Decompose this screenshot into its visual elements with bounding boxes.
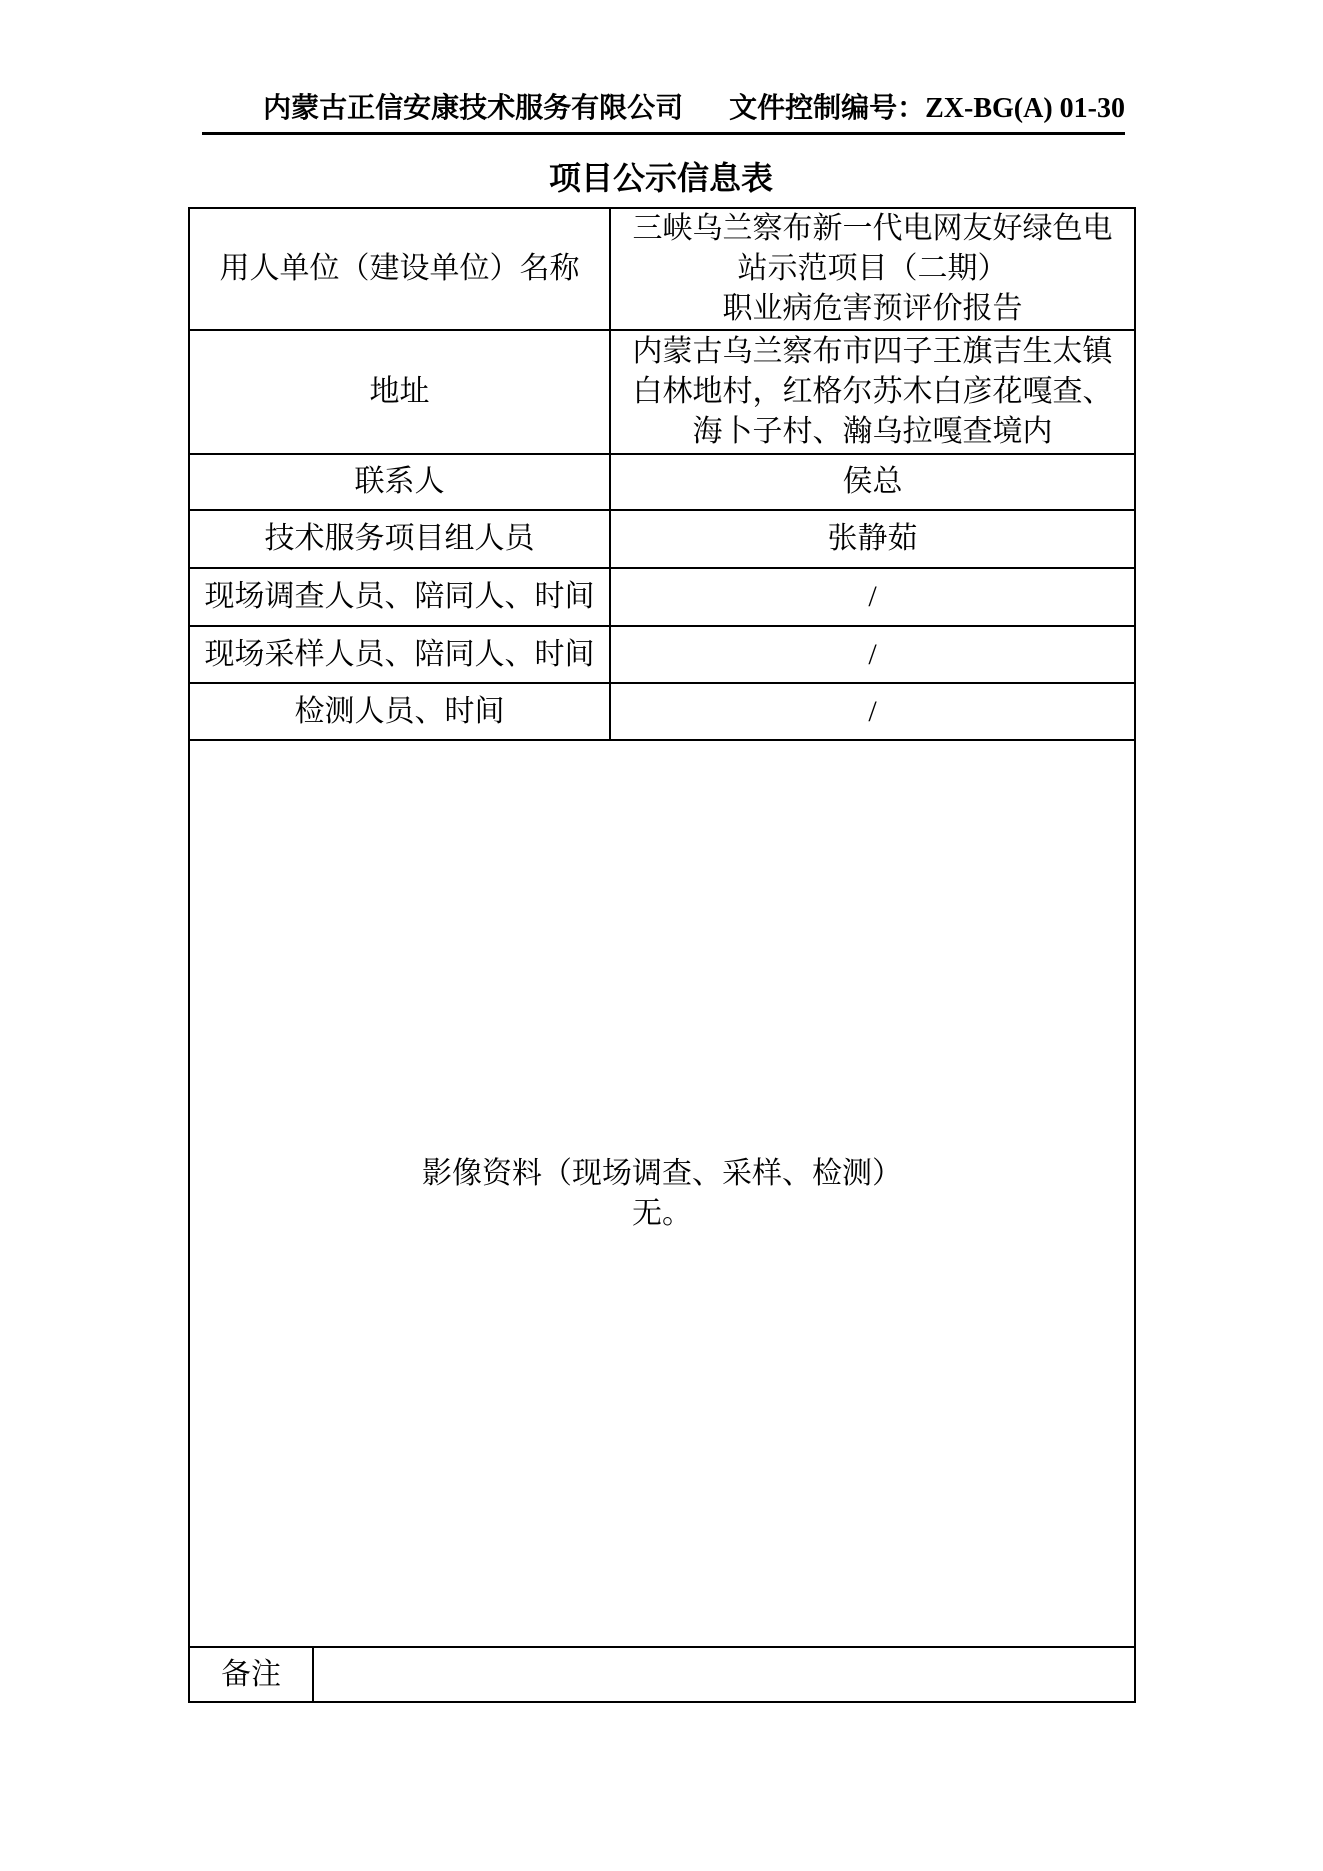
table-row: 用人单位（建设单位）名称 三峡乌兰察布新一代电网友好绿色电 站示范项目（二期） …	[189, 208, 1135, 330]
project-info-table: 用人单位（建设单位）名称 三峡乌兰察布新一代电网友好绿色电 站示范项目（二期） …	[188, 207, 1136, 1703]
page-title: 项目公示信息表	[188, 156, 1134, 200]
employer-name-label: 用人单位（建设单位）名称	[189, 208, 610, 330]
table-row: 检测人员、时间 /	[189, 683, 1135, 740]
table-row: 技术服务项目组人员 张静茹	[189, 510, 1135, 568]
site-sampling-personnel-value: /	[610, 626, 1135, 683]
remarks-label: 备注	[189, 1647, 313, 1702]
table-row: 影像资料（现场调查、采样、检测） 无。	[189, 740, 1135, 1647]
table-row: 地址 内蒙古乌兰察布市四子王旗吉生太镇 白林地村，红格尔苏木白彦花嘎查、 海卜子…	[189, 330, 1135, 454]
doc-control-number: 文件控制编号：ZX-BG(A) 01-30	[729, 92, 1125, 125]
media-materials-section: 影像资料（现场调查、采样、检测） 无。	[189, 740, 1135, 1647]
table-row: 现场采样人员、陪同人、时间 /	[189, 626, 1135, 683]
contact-person-value: 侯总	[610, 454, 1135, 510]
table-row: 联系人 侯总	[189, 454, 1135, 510]
address-value: 内蒙古乌兰察布市四子王旗吉生太镇 白林地村，红格尔苏木白彦花嘎查、 海卜子村、瀚…	[610, 330, 1135, 454]
table-row: 备注	[189, 1647, 1135, 1702]
site-sampling-personnel-label: 现场采样人员、陪同人、时间	[189, 626, 610, 683]
tech-service-team-label: 技术服务项目组人员	[189, 510, 610, 568]
testing-personnel-value: /	[610, 683, 1135, 740]
page-header: 内蒙古正信安康技术服务有限公司 文件控制编号：ZX-BG(A) 01-30	[202, 92, 1125, 135]
testing-personnel-label: 检测人员、时间	[189, 683, 610, 740]
tech-service-team-value: 张静茹	[610, 510, 1135, 568]
doc-control-code: ZX-BG(A) 01-30	[925, 93, 1125, 124]
contact-person-label: 联系人	[189, 454, 610, 510]
site-survey-personnel-label: 现场调查人员、陪同人、时间	[189, 568, 610, 626]
media-materials-title: 影像资料（现场调查、采样、检测）	[190, 1154, 1134, 1194]
address-label: 地址	[189, 330, 610, 454]
remarks-value-cell	[313, 1647, 1135, 1702]
table-row: 现场调查人员、陪同人、时间 /	[189, 568, 1135, 626]
doc-control-label: 文件控制编号：	[729, 92, 925, 123]
company-name: 内蒙古正信安康技术服务有限公司	[263, 92, 683, 124]
employer-name-value: 三峡乌兰察布新一代电网友好绿色电 站示范项目（二期） 职业病危害预评价报告	[610, 208, 1135, 330]
document-page: 内蒙古正信安康技术服务有限公司 文件控制编号：ZX-BG(A) 01-30 项目…	[0, 0, 1323, 1871]
media-materials-content: 无。	[190, 1194, 1134, 1234]
site-survey-personnel-value: /	[610, 568, 1135, 626]
